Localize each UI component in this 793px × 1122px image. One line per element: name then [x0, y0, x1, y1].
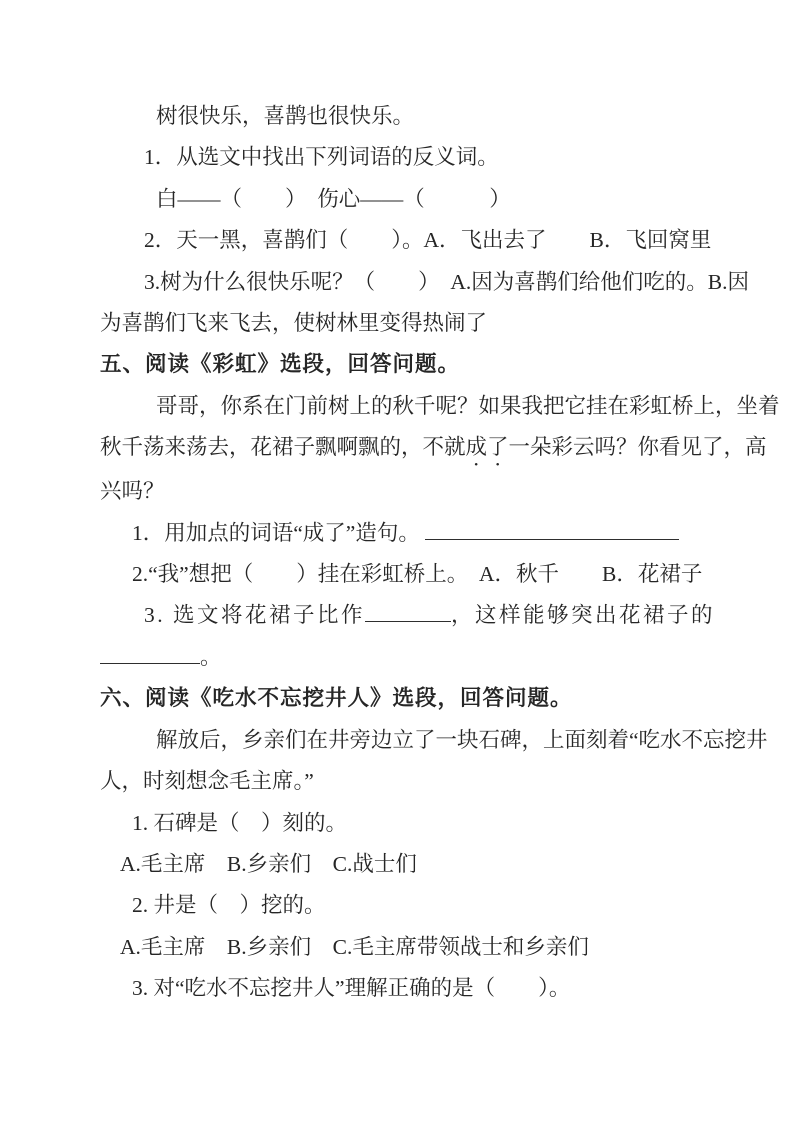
antonym-fill-blank-line: 白——（ ） 伤心——（ ）: [100, 179, 703, 220]
passage-line-wrap: 兴吗？: [100, 471, 703, 512]
question-text: 3. 选文将花裙子比作: [144, 603, 365, 627]
question-line: 3. 对“吃水不忘挖井人”理解正确的是（ ）。: [100, 968, 703, 1009]
question-line: 2.“我”想把（ ）挂在彩虹桥上。 A．秋千 B．花裙子: [100, 554, 703, 595]
passage-line-wrap: 人，时刻想念毛主席。”: [100, 761, 703, 802]
question-line: 3.树为什么很快乐呢？（ ） A.因为喜鹊们给他们吃的。B.因: [100, 262, 703, 303]
answer-blank[interactable]: [365, 606, 451, 622]
passage-text: 秋千荡来荡去，花裙子飘啊飘的，不就: [100, 435, 466, 459]
question-line: 1．用加点的词语“成了”造句。: [100, 513, 703, 554]
answer-underline[interactable]: [425, 524, 679, 540]
section-heading-five: 五、阅读《彩虹》选段，回答问题。: [100, 344, 703, 385]
worksheet-page: 树很快乐，喜鹊也很快乐。 1．从选文中找出下列词语的反义词。 白——（ ） 伤心…: [0, 0, 793, 1122]
options-line: A.毛主席 B.乡亲们 C.毛主席带领战士和乡亲们: [100, 927, 703, 968]
question-line: 2. 井是（ ）挖的。: [100, 885, 703, 926]
options-line: A.毛主席 B.乡亲们 C.战士们: [100, 844, 703, 885]
answer-blank[interactable]: [100, 648, 200, 664]
passage-line: 秋千荡来荡去，花裙子飘啊飘的，不就成了一朵彩云吗？你看见了，高: [100, 427, 703, 471]
passage-line: 解放后，乡亲们在井旁边立了一块石碑，上面刻着“吃水不忘挖井: [100, 720, 703, 761]
question-line: 1．从选文中找出下列词语的反义词。: [100, 137, 703, 178]
question-line-wrap: 为喜鹊们飞来飞去，使树林里变得热闹了: [100, 303, 703, 344]
passage-text: 一朵彩云吗？你看见了，高: [509, 435, 767, 459]
question-line: 3. 选文将花裙子比作，这样能够突出花裙子的: [100, 595, 703, 636]
passage-line: 哥哥，你系在门前树上的秋千呢？如果我把它挂在彩虹桥上，坐着: [100, 386, 703, 427]
passage-line: 树很快乐，喜鹊也很快乐。: [100, 96, 703, 137]
question-text: 1．用加点的词语“成了”造句。: [132, 521, 420, 545]
question-text: 。: [200, 645, 222, 669]
question-line: 2．天一黑，喜鹊们（ ）。A．飞出去了 B．飞回窝里: [100, 220, 703, 261]
emphasized-word: 成了: [466, 435, 509, 459]
question-text: ，这样能够突出花裙子的: [451, 603, 715, 627]
question-line-wrap: 。: [100, 637, 703, 678]
section-heading-six: 六、阅读《吃水不忘挖井人》选段，回答问题。: [100, 678, 703, 719]
question-line: 1. 石碑是（ ）刻的。: [100, 803, 703, 844]
